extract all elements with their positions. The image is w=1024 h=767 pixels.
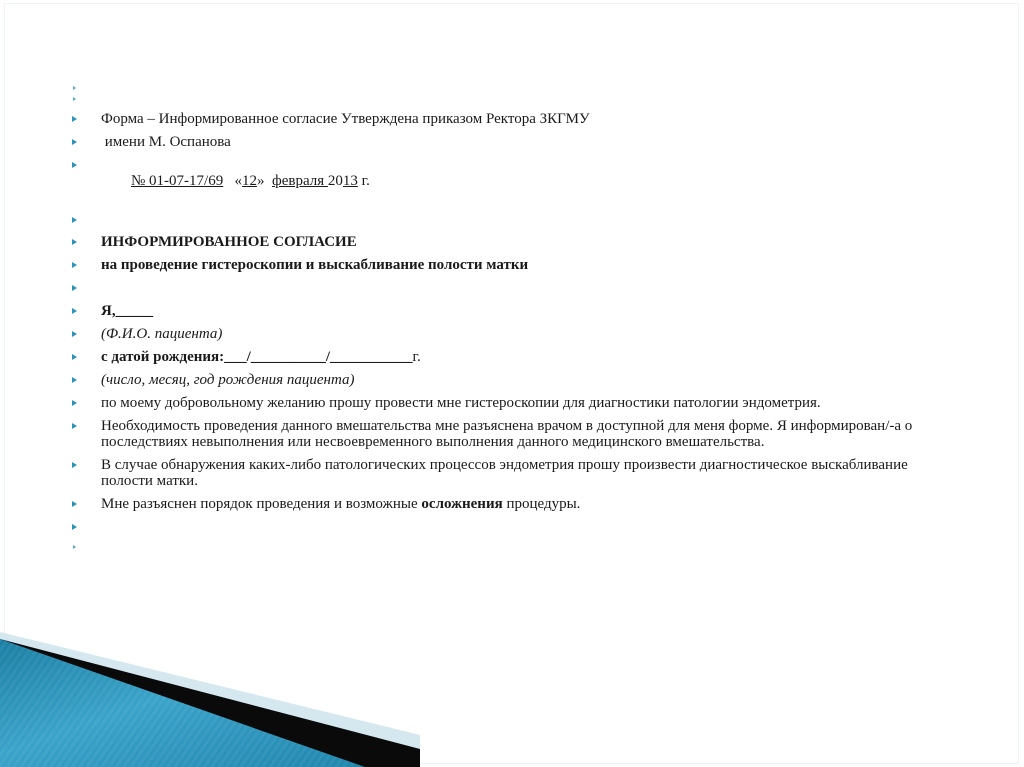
document-title-line: ИНФОРМИРОВАННОЕ СОГЛАСИЕ: [68, 234, 948, 250]
bullet-icon: [72, 501, 77, 507]
order-year-suffix: 13: [343, 173, 358, 189]
bullet-icon: [72, 524, 77, 530]
fio-hint: (Ф.И.О. пациента): [101, 326, 222, 342]
bullet-icon: [72, 116, 77, 122]
bullet-icon: [72, 285, 77, 291]
birth-date-line: с датой рождения:___/__________/________…: [68, 349, 948, 365]
quote-close: »: [257, 173, 265, 189]
bullet-icon: [72, 162, 77, 168]
order-month: февраля: [272, 173, 328, 189]
order-year-prefix: 20: [328, 173, 343, 189]
form-header-text: Форма – Информированное согласие Утвержд…: [101, 111, 590, 127]
paragraph-4-end: процедуры.: [503, 496, 581, 512]
bullet-icon: [73, 86, 76, 90]
patient-name-field: Я,_____: [101, 303, 153, 319]
paragraph-3-text: В случае обнаружения каких-либо патологи…: [101, 457, 908, 489]
order-number: № 01-07-17/69: [131, 173, 223, 189]
bullet-icon: [72, 308, 77, 314]
bullet-icon: [72, 331, 77, 337]
form-header-line-2: имени М. Оспанова: [68, 134, 948, 150]
birth-hint-line: (число, месяц, год рождения пациента): [68, 372, 948, 388]
paragraph-3: В случае обнаружения каких-либо патологи…: [68, 457, 948, 489]
document-subtitle-line: на проведение гистероскопии и выскаблива…: [68, 257, 948, 273]
quote-open: «: [234, 173, 242, 189]
document-subtitle: на проведение гистероскопии и выскаблива…: [101, 257, 528, 273]
bullet-icon: [72, 462, 77, 468]
bullet-icon: [72, 239, 77, 245]
empty-line: [68, 80, 948, 91]
birth-hint: (число, месяц, год рождения пациента): [101, 372, 354, 388]
paragraph-4-text: Мне разъяснен порядок проведения и возмо…: [101, 496, 421, 512]
decorative-swoosh: [0, 627, 1024, 767]
paragraph-2-text: Необходимость проведения данного вмешате…: [101, 418, 912, 450]
bullet-icon: [72, 423, 77, 429]
consent-form: Форма – Информированное согласие Утвержд…: [68, 80, 948, 551]
empty-line: [68, 539, 948, 551]
birth-date-suffix: г.: [413, 349, 421, 365]
order-line: № 01-07-17/69 «12» февраля 2013 г.: [68, 157, 948, 205]
bullet-icon: [72, 217, 77, 223]
patient-name-line: Я,_____: [68, 303, 948, 319]
bullet-icon: [72, 262, 77, 268]
paragraph-1-text: по моему добровольному желанию прошу про…: [101, 395, 821, 411]
bullet-icon: [72, 377, 77, 383]
document-title: ИНФОРМИРОВАННОЕ СОГЛАСИЕ: [101, 234, 357, 250]
university-name: имени М. Оспанова: [101, 134, 231, 150]
paragraph-4: Мне разъяснен порядок проведения и возмо…: [68, 496, 948, 512]
empty-line: [68, 212, 948, 228]
fio-hint-line: (Ф.И.О. пациента): [68, 326, 948, 342]
empty-line: [68, 91, 948, 107]
slide: Форма – Информированное согласие Утвержд…: [0, 0, 1024, 767]
bullet-icon: [72, 354, 77, 360]
bullet-icon: [73, 97, 76, 101]
paragraph-2: Необходимость проведения данного вмешате…: [68, 418, 948, 450]
bullet-icon: [72, 139, 77, 145]
complications-emphasis: осложнения: [421, 496, 502, 512]
bullet-icon: [73, 545, 76, 549]
empty-line: [68, 519, 948, 535]
birth-date-field: с датой рождения:___/__________/________…: [101, 349, 413, 365]
form-header-line: Форма – Информированное согласие Утвержд…: [68, 111, 948, 127]
order-year-end: г.: [358, 173, 370, 189]
bullet-icon: [72, 400, 77, 406]
empty-line: [68, 280, 948, 296]
order-day: 12: [242, 173, 257, 189]
paragraph-1: по моему добровольному желанию прошу про…: [68, 395, 948, 411]
